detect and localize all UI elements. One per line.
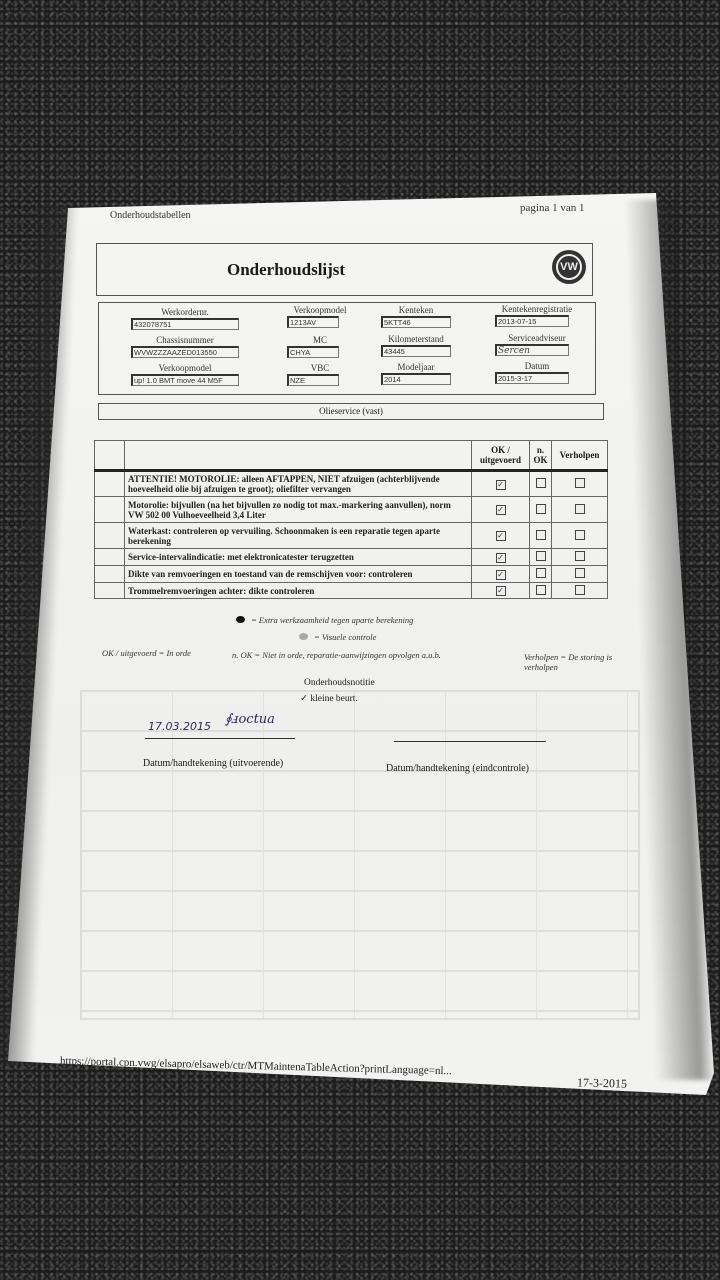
header-ok: OK / uitgevoerd [472,441,530,471]
checkbox-verholpen[interactable] [575,551,585,561]
task-description: Dikte van remvoeringen en toestand van d… [125,566,472,583]
field-verkoopmodel: Verkoopmodel up! 1.0 BMT move 44 M5F [129,363,241,386]
checkbox-nok[interactable] [536,551,546,561]
task-description: Service-intervalindicatie: met elektroni… [125,549,472,566]
checkbox-verholpen[interactable] [575,568,585,578]
checkbox-verholpen[interactable] [575,504,585,514]
field-datum: Datum 2015-3-17 [489,361,585,384]
table-row: ATTENTIE! MOTOROLIE: alleen AFTAPPEN, NI… [95,471,608,497]
signature-scribble-icon: ∮ⅎoctua [225,712,275,727]
checkbox-verholpen[interactable] [575,478,585,488]
legend-verholpen: Verholpen = De storing is verholpen [524,652,614,672]
grey-dot-icon [299,633,308,640]
checkbox-ok[interactable]: ✓ [496,505,506,515]
checkbox-nok[interactable] [536,568,546,578]
task-description: Motorolie: bijvullen (na het bijvullen z… [125,497,472,523]
checkbox-nok[interactable] [536,504,546,514]
checkbox-verholpen[interactable] [575,585,585,595]
legend-visual: = Visuele controle [299,632,376,642]
field-serviceadviseur: Serviceadviseur Sercen [489,333,585,356]
checkbox-nok[interactable] [536,585,546,595]
field-kilometerstand: Kilometerstand 43445 [379,334,453,357]
legend-nok: n. OK = Niet in orde, reparatie-aanwijzi… [232,650,522,660]
header-nok: n. OK [530,441,552,471]
tasks-table-header: OK / uitgevoerd n. OK Verholpen [95,441,608,471]
field-kenteken: Kenteken 5KTT46 [379,305,453,328]
service-type: Olieservice (vast) [98,403,604,420]
table-row: Motorolie: bijvullen (na het bijvullen z… [95,497,608,523]
checkbox-nok[interactable] [536,530,546,540]
black-dot-icon [236,616,245,623]
field-verkoopmodel-code: Verkoopmodel 1213AV [285,305,355,328]
doc-header-left: Onderhoudstabellen [110,210,191,221]
field-vbc: VBC NZE [285,363,355,386]
task-description: Waterkast: controleren op vervuiling. Sc… [125,523,472,549]
legend-extra: = Extra werkzaamheid tegen aparte bereke… [236,615,413,625]
checkbox-ok[interactable]: ✓ [496,480,506,490]
signature-date: 17.03.2015 [148,720,211,733]
table-row: Trommelremvoeringen achter: dikte contro… [95,583,608,599]
bleed-through-table [80,690,640,1020]
field-modeljaar: Modeljaar 2014 [379,362,453,385]
notes-label: Onderhoudsnotitie [304,678,375,688]
field-werkordernr: Werkordernr. 432078751 [129,307,241,330]
signature-line-right [394,741,546,742]
field-mc: MC CHYA [285,335,355,358]
field-chassisnummer: Chassisnummer WVWZZZAAZED013550 [129,335,241,358]
checkbox-ok[interactable]: ✓ [496,553,506,563]
task-description: ATTENTIE! MOTOROLIE: alleen AFTAPPEN, NI… [125,471,472,497]
vw-logo-text: VW [556,254,582,280]
checkbox-ok[interactable]: ✓ [496,586,506,596]
tasks-table: OK / uitgevoerd n. OK Verholpen ATTENTIE… [94,440,608,599]
signature-caption-left: Datum/handtekening (uitvoerende) [143,758,283,769]
legend-ok: OK / uitgevoerd = In orde [102,648,191,658]
field-kentekenregistratie: Kentekenregistratie 2013-07-15 [489,304,585,327]
checkbox-ok[interactable]: ✓ [496,531,506,541]
title-box: Onderhoudslijst VW [96,243,593,296]
footer-date: 17-3-2015 [577,1075,627,1091]
signature-caption-right: Datum/handtekening (eindcontrole) [386,763,529,774]
checkbox-ok[interactable]: ✓ [496,570,506,580]
vw-logo-icon: VW [552,250,586,284]
task-description: Trommelremvoeringen achter: dikte contro… [125,583,472,599]
table-row: Waterkast: controleren op vervuiling. Sc… [95,523,608,549]
vehicle-info-box: Werkordernr. 432078751 Verkoopmodel 1213… [98,302,596,395]
check-mark-icon: ✓ [300,694,308,704]
checkbox-verholpen[interactable] [575,530,585,540]
signature-line-left [145,738,295,739]
page-number: pagina 1 van 1 [520,202,584,214]
notes-value: ✓ kleine beurt. [300,693,358,704]
page-title: Onderhoudslijst [227,260,345,280]
table-row: Dikte van remvoeringen en toestand van d… [95,566,608,583]
table-row: Service-intervalindicatie: met elektroni… [95,549,608,566]
serviceadviseur-signature: Sercen [495,344,569,356]
header-verholpen: Verholpen [552,441,608,471]
checkbox-nok[interactable] [536,478,546,488]
